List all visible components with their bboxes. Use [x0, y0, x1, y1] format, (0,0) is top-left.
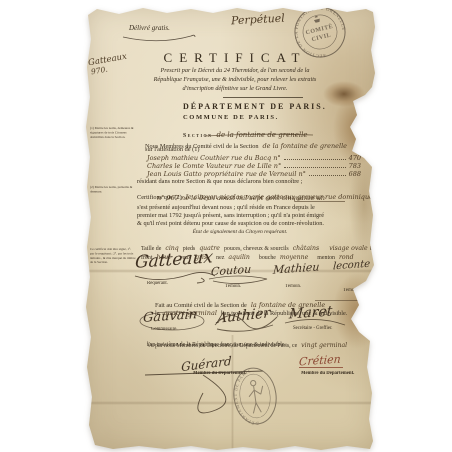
scan-background: Délivré gratis. Perpétuel SECTION DE LA … [0, 0, 452, 452]
document-paper-wrap: Délivré gratis. Perpétuel SECTION DE LA … [85, 5, 377, 451]
bouche-value: moyenne [280, 254, 308, 261]
label-committee-3: Secrétaire - Greffier. [293, 326, 332, 331]
dotted-leader [284, 166, 345, 168]
witness-2-name: Charles le Comte Vauteur rue de Lille n° [147, 162, 281, 170]
witness-row-1: Joseph mathieu Couthier rue du Bacq n° 4… [147, 154, 361, 162]
witness-3-name: Jean Louis Gatto propriétaire rue de Ver… [147, 170, 306, 178]
bouche-label: bouche [259, 255, 276, 261]
reside-line: résidant dans notre Section & que nous d… [137, 178, 302, 185]
gratis-underline-flourish [121, 33, 197, 43]
signature-committee-2-flourish [211, 305, 281, 333]
perpetuel-annotation: Perpétuel [231, 12, 285, 28]
vu-line-2: l'an troisième de la République français… [147, 342, 286, 348]
nez-label: nez [216, 255, 224, 261]
title-divider-rule [223, 97, 303, 98]
paragraph-line-2: premier mai 1792 jusqu'à présent, sans i… [137, 212, 324, 219]
witness-1-number: 470 [349, 154, 361, 162]
liberty-figure-icon [247, 379, 266, 413]
fountain-icon [313, 15, 320, 23]
nez-value: aquilin [228, 254, 250, 261]
certify-fill-dash [295, 201, 345, 202]
label-committee-1: Commissaire. [151, 327, 178, 332]
signature-temoin-2: Mathieu [273, 260, 320, 276]
departement-oval-stamp: DÉPARTEMENT DE PARIS [227, 362, 283, 430]
label-temoin-3: Témoin. [343, 288, 359, 293]
signature-department-right-underline [299, 367, 343, 368]
dotted-leader [309, 174, 346, 176]
paragraph-line-1: s'est présenté aujourd'hui devant nous ;… [137, 204, 315, 211]
margin-number-annotation: 970. [90, 65, 108, 77]
menton-label: menton [317, 255, 335, 261]
margin-note-2: (2) Mettre les noms, prénoms & demeure. [90, 186, 136, 195]
paragraph-line-3: & qu'il n'est point détenu pour cause de… [137, 220, 324, 227]
commune-heading: COMMUNE DE PARIS. [183, 114, 279, 121]
document-title: CERTIFICAT [115, 50, 355, 66]
label-temoin-2: Témoin. [285, 284, 301, 289]
signalement-heading: État de signalement du Citoyen requérant… [155, 229, 325, 235]
witness-row-3: Jean Louis Gatto propriétaire rue de Ver… [147, 170, 361, 178]
vu-handwritten: vingt germinal [301, 342, 347, 349]
attestation-line: sur l'attestation de (1) [145, 146, 199, 153]
dotted-leader [284, 158, 346, 160]
margin-note-3: Ce certificat doit être signé, 1°. par l… [90, 248, 136, 265]
subtitle-line3: d'inscription définitive sur le Grand Li… [115, 85, 355, 92]
margin-note-1: (1) Mettre les noms, demeures & signatur… [90, 127, 136, 140]
witness-row-2: Charles le Comte Vauteur rue de Lille n°… [147, 162, 361, 170]
witness-1-name: Joseph mathieu Couthier rue du Bacq n° [147, 154, 281, 162]
witness-3-number: 688 [349, 170, 361, 178]
subtitle-line2: République Française, une & indivisible,… [115, 76, 355, 83]
witness-2-number: 783 [349, 162, 361, 170]
departement-heading: DÉPARTEMENT DE PARIS. [183, 102, 327, 111]
label-department-right: Membre du Département. [301, 371, 354, 376]
fait-fill-dash [315, 300, 361, 301]
label-temoin-1: Témoin. [225, 284, 241, 289]
subtitle-line1: Prescrit par le Décret du 24 Thermidor, … [115, 67, 355, 74]
intro-handwritten: de la fontaine de grenelle [263, 142, 348, 150]
label-requerant: Requérant. [147, 281, 168, 286]
gratis-note: Délivré gratis. [129, 24, 170, 32]
document-paper: Délivré gratis. Perpétuel SECTION DE LA … [85, 5, 377, 451]
